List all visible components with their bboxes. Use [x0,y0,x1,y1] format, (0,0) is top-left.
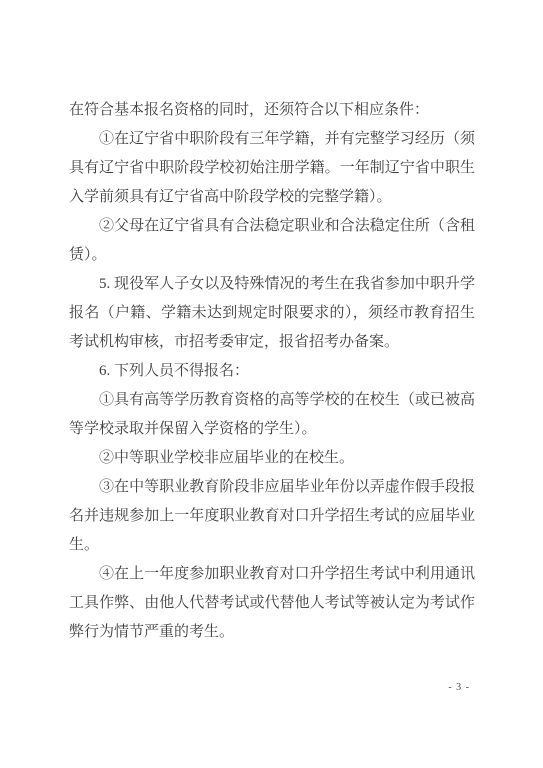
paragraph: 6. 下列人员不得报名： [69,357,475,386]
paragraph: ①具有高等学历教育资格的高等学校的在校生（或已被高等学校录取并保留入学资格的学生… [69,386,475,444]
paragraph: 5. 现役军人子女以及特殊情况的考生在我省参加中职升学报名（户籍、学籍未达到规定… [69,270,475,357]
paragraph: ①在辽宁省中职阶段有三年学籍，并有完整学习经历（须具有辽宁省中职阶段学校初始注册… [69,125,475,212]
document-page: 在符合基本报名资格的同时，还须符合以下相应条件：①在辽宁省中职阶段有三年学籍，并… [0,0,543,768]
paragraph: ③在中等职业教育阶段非应届毕业年份以弄虚作假手段报名并违规参加上一年度职业教育对… [69,473,475,560]
paragraph: 在符合基本报名资格的同时，还须符合以下相应条件： [69,96,475,125]
paragraph: ②中等职业学校非应届毕业的在校生。 [69,444,475,473]
paragraph: ④在上一年度参加职业教育对口升学招生考试中利用通讯工具作弊、由他人代替考试或代替… [69,560,475,647]
paragraph: ②父母在辽宁省具有合法稳定职业和合法稳定住所（含租赁）。 [69,212,475,270]
document-body: 在符合基本报名资格的同时，还须符合以下相应条件：①在辽宁省中职阶段有三年学籍，并… [69,96,475,647]
page-number: - 3 - [448,681,470,695]
